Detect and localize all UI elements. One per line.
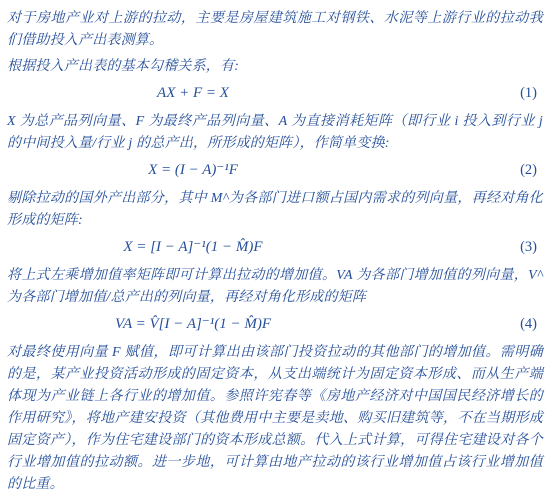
equation-1-formula: AX + F = X <box>7 82 379 104</box>
equation-2-number: (2) <box>520 159 537 181</box>
equation-4: VA = V̂[I − A]⁻¹(1 − M̂)F (4) <box>7 313 543 335</box>
para-value-added-rate: 将上式左乘增加值率矩阵即可计算出拉动的增加值。VA 为各部门增加值的列向量，V^… <box>7 265 543 309</box>
para-import-adjustment: 剔除拉动的国外产出部分，其中 M^为各部门进口额占国内需求的列向量，再经对角化形… <box>7 188 543 232</box>
para-f-assignment-conclusion: 对最终使用向量 F 赋值，即可计算出由该部门投资拉动的其他部门的增加值。需明确的… <box>7 342 543 492</box>
para-variable-definitions: X 为总产品列向量、F 为最终产品列向量、A 为直接消耗矩阵（即行业 i 投入到… <box>7 111 543 155</box>
equation-1-number: (1) <box>520 82 537 104</box>
para-io-table-relation: 根据投入产出表的基本勾稽关系，有: <box>7 56 543 78</box>
para-upstream-pull-intro: 对于房地产业对上游的拉动，主要是房屋建筑施工对钢铁、水泥等上游行业的拉动我们借助… <box>7 8 543 52</box>
equation-2: X = (I − A)⁻¹F (2) <box>7 159 543 181</box>
equation-4-formula: VA = V̂[I − A]⁻¹(1 − M̂)F <box>7 313 379 335</box>
equation-4-number: (4) <box>520 313 537 335</box>
equation-2-formula: X = (I − A)⁻¹F <box>7 159 379 181</box>
equation-3-formula: X = [I − A]⁻¹(1 − M̂)F <box>7 236 379 258</box>
equation-3: X = [I − A]⁻¹(1 − M̂)F (3) <box>7 236 543 258</box>
equation-3-number: (3) <box>520 236 537 258</box>
document-page: 对于房地产业对上游的拉动，主要是房屋建筑施工对钢铁、水泥等上游行业的拉动我们借助… <box>0 0 550 492</box>
equation-1: AX + F = X (1) <box>7 82 543 104</box>
